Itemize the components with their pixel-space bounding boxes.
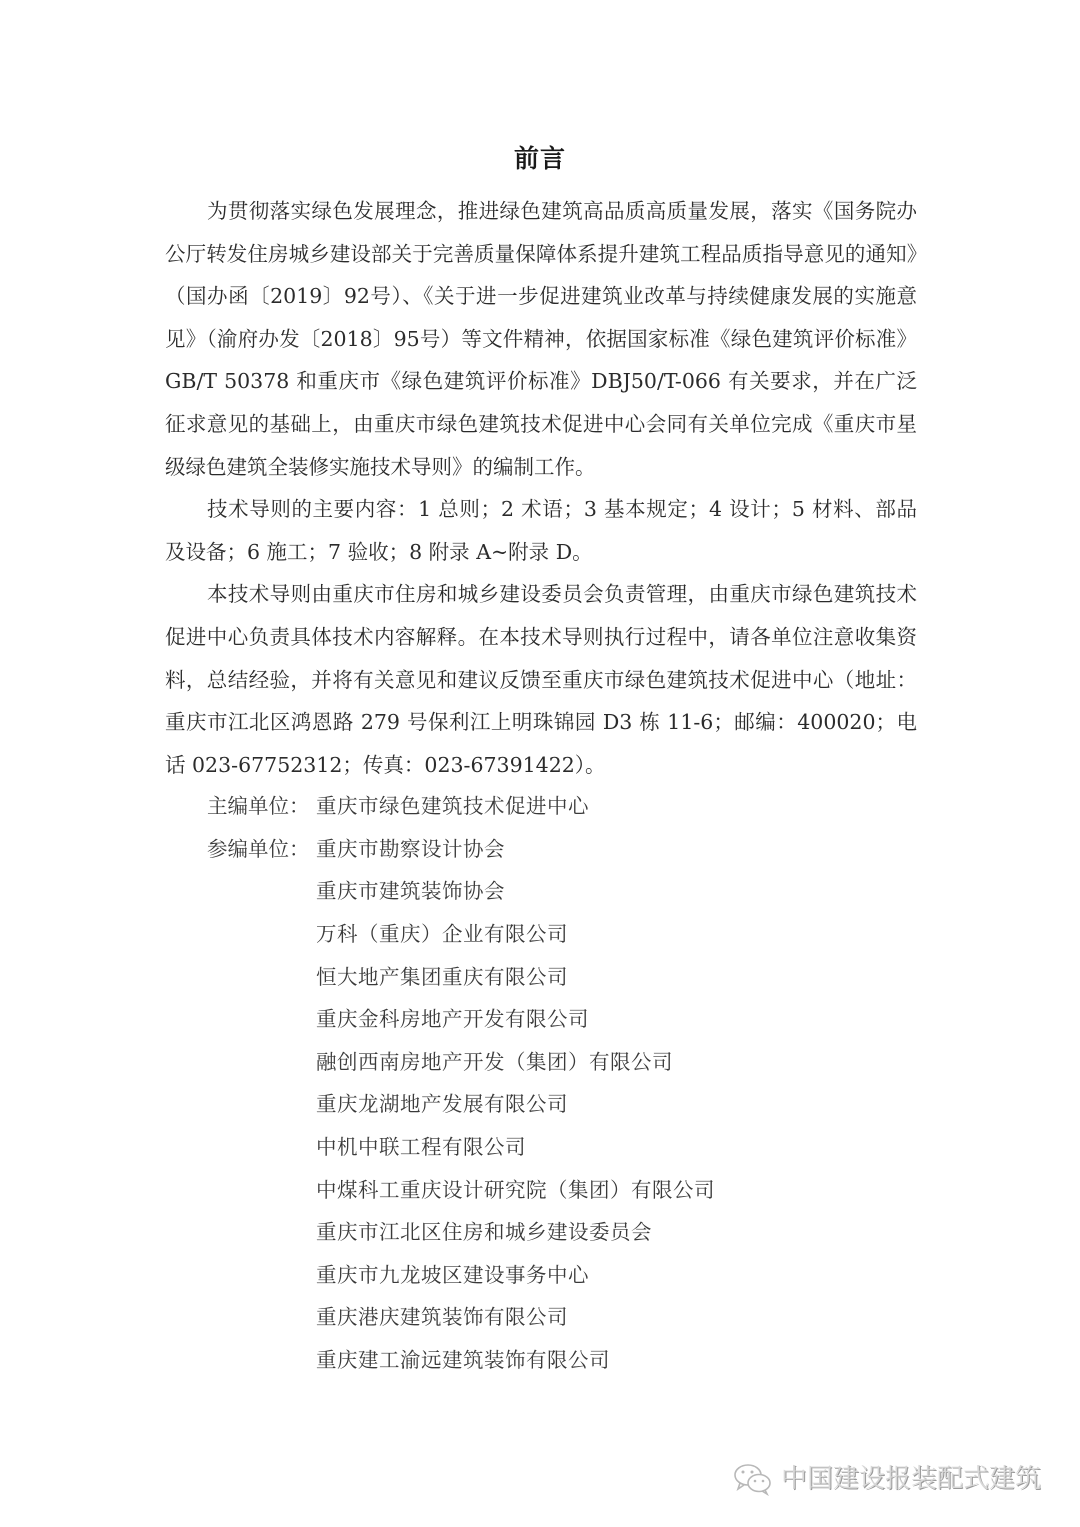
participant-name: 融创西南房地产开发（集团）有限公司 xyxy=(316,1045,673,1075)
participant-name: 中机中联工程有限公司 xyxy=(316,1130,526,1160)
wechat-icon xyxy=(733,1462,773,1496)
participant-name: 重庆金科房地产开发有限公司 xyxy=(316,1002,589,1032)
participant-row: 重庆市建筑装饰协会 xyxy=(207,868,907,911)
participant-row: 恒大地产集团重庆有限公司 xyxy=(207,953,907,996)
participant-name: 重庆市九龙坡区建设事务中心 xyxy=(316,1258,589,1288)
participant-row: 中机中联工程有限公司 xyxy=(207,1124,907,1167)
participant-row: 万科（重庆）企业有限公司 xyxy=(207,911,907,954)
paragraph-management: 本技术导则由重庆市住房和城乡建设委员会负责管理，由重庆市绿色建筑技术促进中心负责… xyxy=(165,573,917,786)
participant-row: 重庆金科房地产开发有限公司 xyxy=(207,996,907,1039)
document-page: 前言 为贯彻落实绿色发展理念，推进绿色建筑高品质高质量发展，落实《国务院办公厅转… xyxy=(0,0,1080,1527)
participant-name: 恒大地产集团重庆有限公司 xyxy=(316,960,568,990)
participant-name: 重庆龙湖地产发展有限公司 xyxy=(316,1087,568,1117)
participant-row: 重庆龙湖地产发展有限公司 xyxy=(207,1081,907,1124)
chief-editor-name: 重庆市绿色建筑技术促进中心 xyxy=(316,789,589,819)
preface-body: 为贯彻落实绿色发展理念，推进绿色建筑高品质高质量发展，落实《国务院办公厅转发住房… xyxy=(165,190,917,786)
participant-row: 重庆建工渝远建筑装饰有限公司 xyxy=(207,1337,907,1380)
participant-row: 中煤科工重庆设计研究院（集团）有限公司 xyxy=(207,1166,907,1209)
editing-units: 主编单位： 重庆市绿色建筑技术促进中心 参编单位： 重庆市勘察设计协会 重庆市建… xyxy=(207,783,907,1379)
participants-label: 参编单位： xyxy=(207,832,316,862)
participant-row: 融创西南房地产开发（集团）有限公司 xyxy=(207,1039,907,1082)
participant-name: 万科（重庆）企业有限公司 xyxy=(316,917,568,947)
participant-name: 重庆市江北区住房和城乡建设委员会 xyxy=(316,1215,652,1245)
participant-row: 参编单位： 重庆市勘察设计协会 xyxy=(207,826,907,869)
participant-row: 重庆市九龙坡区建设事务中心 xyxy=(207,1252,907,1295)
participant-name: 重庆港庆建筑装饰有限公司 xyxy=(316,1300,568,1330)
participant-name: 重庆市勘察设计协会 xyxy=(316,832,505,862)
participant-row: 重庆港庆建筑装饰有限公司 xyxy=(207,1294,907,1337)
participant-name: 中煤科工重庆设计研究院（集团）有限公司 xyxy=(316,1173,715,1203)
chief-editor-row: 主编单位： 重庆市绿色建筑技术促进中心 xyxy=(207,783,907,826)
watermark: 中国建设报装配式建筑 xyxy=(733,1462,1041,1496)
participant-name: 重庆建工渝远建筑装饰有限公司 xyxy=(316,1343,610,1373)
paragraph-contents: 技术导则的主要内容：1 总则；2 术语；3 基本规定；4 设计；5 材料、部品及… xyxy=(165,488,917,573)
page-title: 前言 xyxy=(0,141,1080,177)
watermark-text: 中国建设报装配式建筑 xyxy=(781,1462,1041,1496)
paragraph-intro: 为贯彻落实绿色发展理念，推进绿色建筑高品质高质量发展，落实《国务院办公厅转发住房… xyxy=(165,190,917,488)
participant-row: 重庆市江北区住房和城乡建设委员会 xyxy=(207,1209,907,1252)
participant-name: 重庆市建筑装饰协会 xyxy=(316,874,505,904)
chief-editor-label: 主编单位： xyxy=(207,789,316,819)
